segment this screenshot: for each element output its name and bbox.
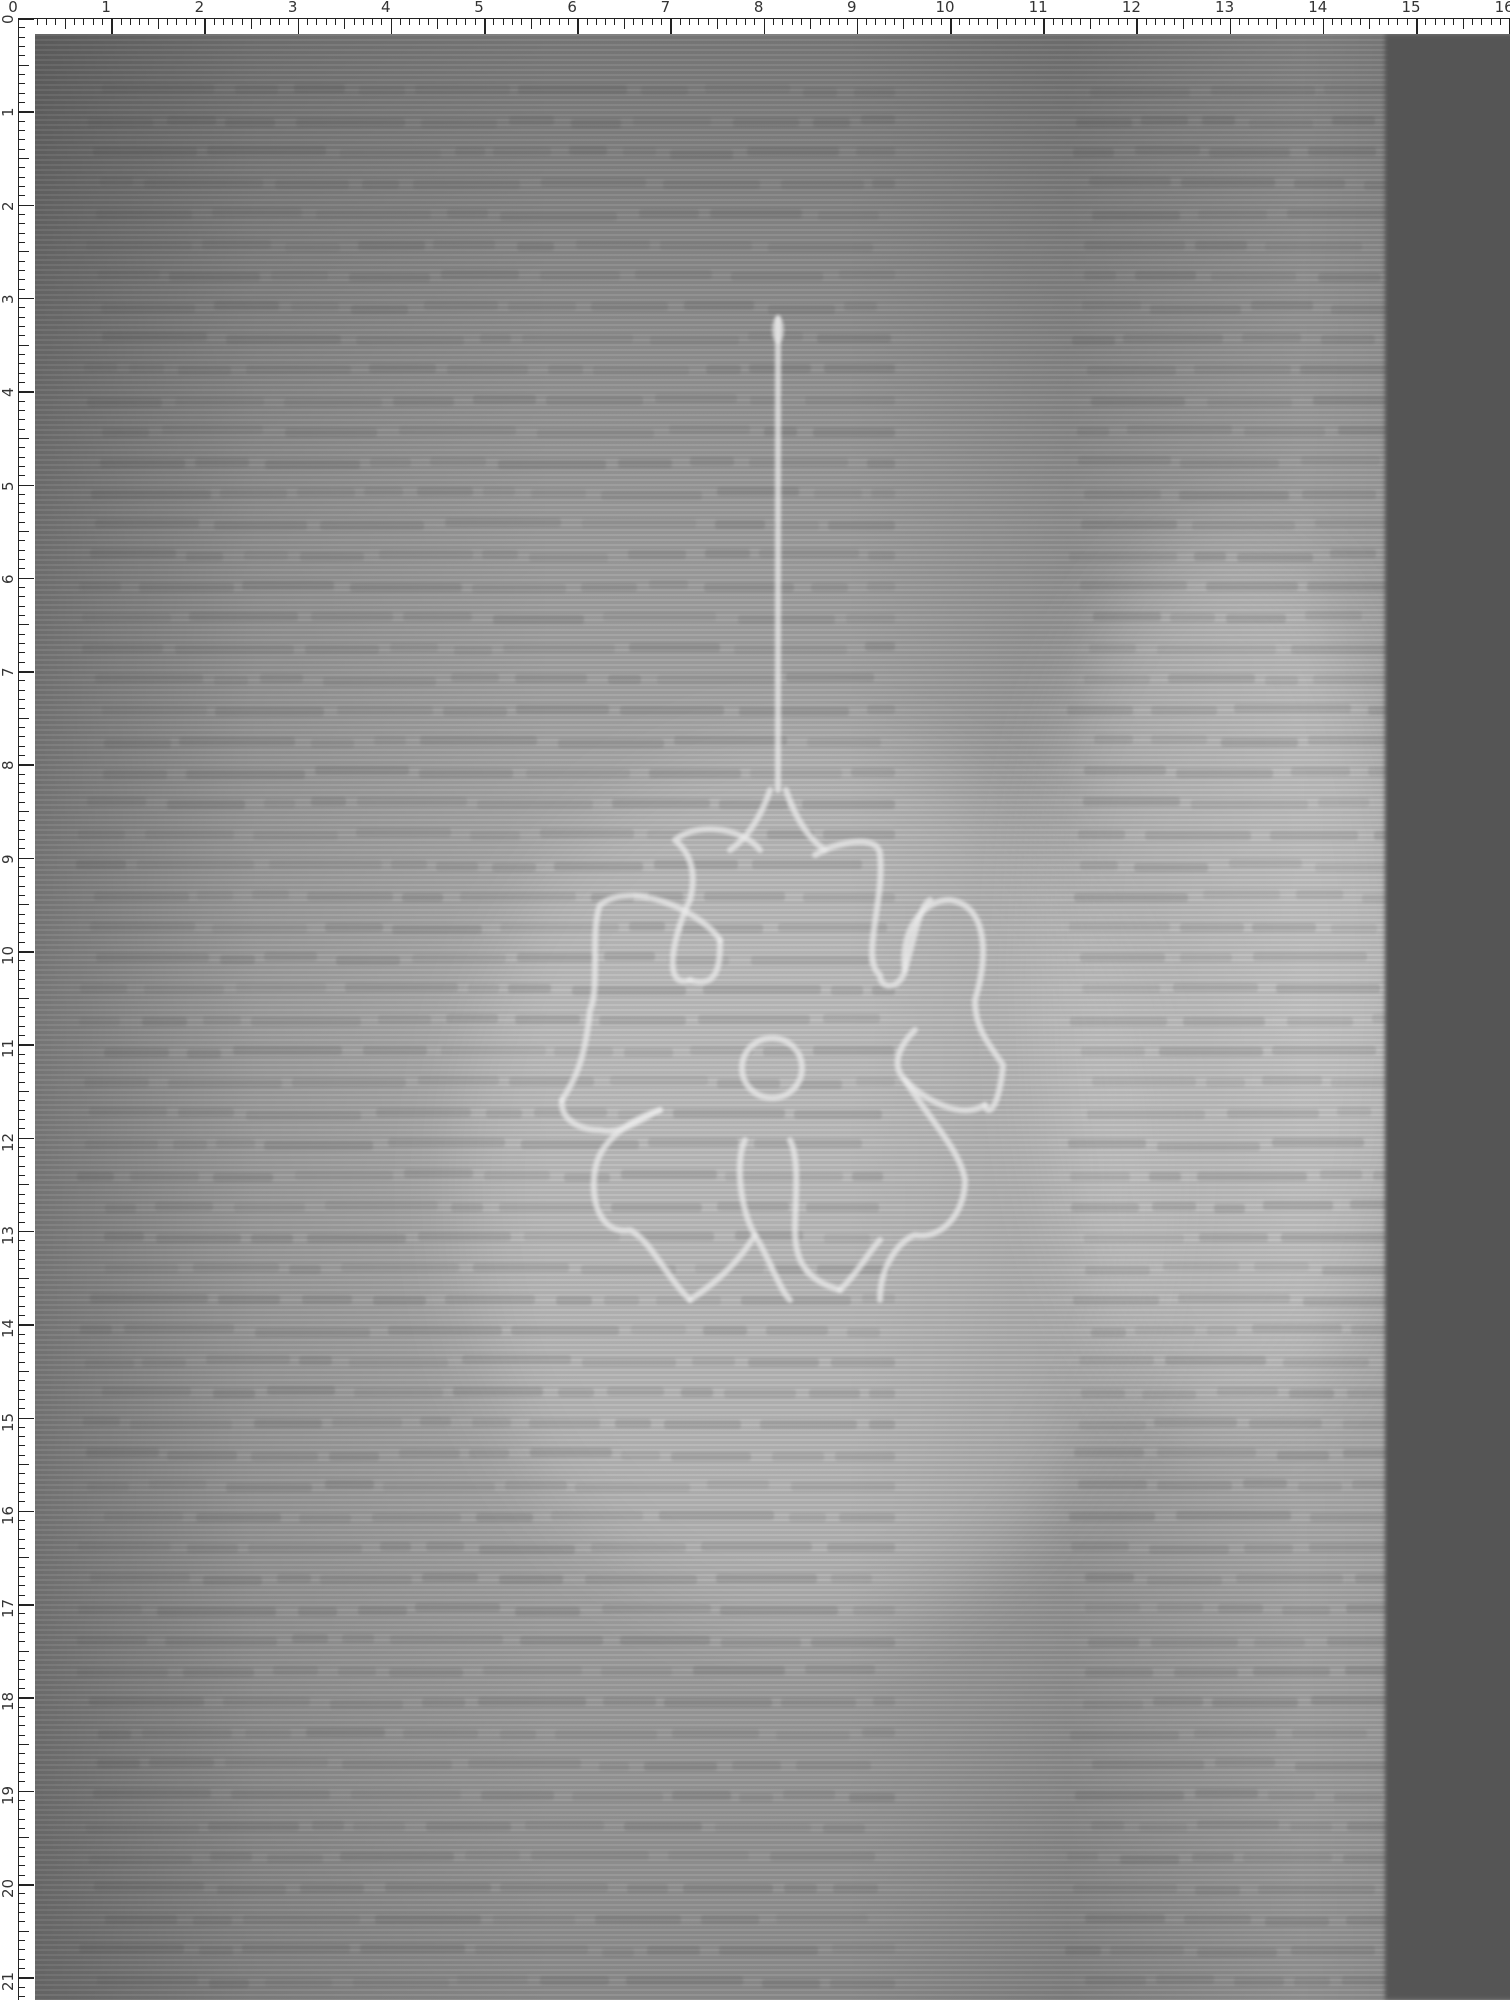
top-ruler-tick bbox=[298, 18, 300, 34]
left-ruler-tick bbox=[18, 233, 25, 234]
top-ruler-tick bbox=[1444, 18, 1445, 25]
top-ruler-tick bbox=[475, 18, 476, 25]
top-ruler-tick bbox=[335, 18, 336, 25]
left-ruler-label: 1 bbox=[1, 108, 16, 118]
left-ruler-tick bbox=[18, 1110, 25, 1111]
left-ruler-label: 11 bbox=[1, 1039, 16, 1058]
left-ruler-tick bbox=[18, 1959, 25, 1960]
left-ruler-tick bbox=[18, 373, 25, 374]
left-ruler-tick bbox=[18, 1072, 25, 1073]
left-ruler-tick bbox=[18, 1539, 25, 1540]
left-ruler-tick bbox=[18, 1968, 25, 1969]
left-ruler-tick bbox=[18, 494, 25, 495]
left-ruler-label: 7 bbox=[1, 668, 16, 678]
top-ruler-tick bbox=[587, 18, 588, 25]
top-ruler-tick bbox=[288, 18, 289, 25]
top-ruler-tick bbox=[1276, 18, 1277, 29]
left-ruler-tick bbox=[18, 1287, 25, 1288]
left-ruler-tick bbox=[18, 1492, 25, 1493]
left-ruler-tick bbox=[18, 1800, 25, 1801]
left-ruler-tick bbox=[18, 475, 25, 476]
page-edge-dark-strip bbox=[1385, 34, 1510, 2000]
top-ruler-tick bbox=[1164, 18, 1165, 25]
top-ruler-tick bbox=[978, 18, 979, 25]
left-ruler-tick bbox=[18, 74, 25, 75]
top-ruler-tick bbox=[1136, 18, 1138, 34]
top-ruler-tick bbox=[652, 18, 653, 25]
top-ruler-tick bbox=[801, 18, 802, 25]
left-ruler-label: 13 bbox=[1, 1226, 16, 1245]
left-ruler-tick bbox=[18, 1063, 25, 1064]
left-ruler-tick bbox=[18, 121, 25, 122]
top-ruler-tick bbox=[1071, 18, 1072, 25]
top-ruler-tick bbox=[1416, 18, 1418, 34]
top-ruler-tick bbox=[1220, 18, 1221, 25]
top-ruler-tick bbox=[186, 18, 187, 25]
left-ruler-tick bbox=[18, 895, 25, 896]
left-ruler-tick bbox=[18, 1660, 25, 1661]
left-ruler-tick bbox=[18, 876, 25, 877]
top-ruler-tick bbox=[1062, 18, 1063, 25]
top-ruler-tick bbox=[745, 18, 746, 25]
top-ruler-label: 16 bbox=[1495, 0, 1510, 15]
left-ruler-tick bbox=[18, 708, 25, 709]
left-ruler-tick bbox=[18, 1380, 25, 1381]
left-ruler-tick bbox=[18, 261, 25, 262]
left-ruler-tick bbox=[18, 1408, 25, 1409]
left-ruler-label: 16 bbox=[1, 1506, 16, 1525]
left-ruler-tick bbox=[18, 317, 25, 318]
top-ruler-tick bbox=[381, 18, 382, 25]
top-ruler-tick bbox=[148, 18, 149, 25]
left-ruler-tick bbox=[18, 774, 25, 775]
top-ruler-tick bbox=[251, 18, 252, 29]
left-ruler-tick bbox=[18, 1865, 25, 1866]
left-ruler-tick bbox=[18, 1819, 25, 1820]
top-ruler-tick bbox=[531, 18, 532, 29]
left-ruler-tick bbox=[18, 457, 25, 458]
left-ruler-tick bbox=[18, 1520, 25, 1521]
left-ruler-tick bbox=[18, 746, 25, 747]
top-ruler-tick bbox=[810, 18, 811, 29]
left-ruler-tick bbox=[18, 55, 25, 56]
left-ruler-tick bbox=[18, 1837, 29, 1838]
left-ruler-tick bbox=[18, 1763, 25, 1764]
top-ruler-label: 12 bbox=[1122, 0, 1141, 15]
left-ruler-tick bbox=[18, 512, 25, 513]
left-ruler-tick bbox=[18, 867, 25, 868]
left-ruler-tick bbox=[18, 485, 34, 487]
left-ruler-tick bbox=[18, 1632, 25, 1633]
left-ruler-tick bbox=[18, 904, 29, 905]
left-ruler-tick bbox=[18, 568, 25, 569]
top-ruler-tick bbox=[1388, 18, 1389, 25]
top-ruler-tick bbox=[1146, 18, 1147, 25]
top-ruler-tick bbox=[279, 18, 280, 25]
left-ruler-tick bbox=[18, 1390, 25, 1391]
left-ruler-tick bbox=[18, 764, 34, 766]
top-ruler-tick bbox=[875, 18, 876, 25]
left-ruler-tick bbox=[18, 1194, 25, 1195]
left-ruler-tick bbox=[18, 1119, 25, 1120]
top-ruler-label: 14 bbox=[1308, 0, 1327, 15]
left-ruler-tick bbox=[18, 307, 25, 308]
left-ruler-tick bbox=[18, 195, 25, 196]
top-ruler-tick bbox=[698, 18, 699, 25]
top-ruler-tick bbox=[354, 18, 355, 25]
top-ruler-tick bbox=[1155, 18, 1156, 25]
left-ruler-label: 19 bbox=[1, 1786, 16, 1805]
top-ruler-tick bbox=[1304, 18, 1305, 25]
top-ruler-tick bbox=[1425, 18, 1426, 25]
left-ruler-tick bbox=[18, 1250, 25, 1251]
left-ruler-tick bbox=[18, 634, 25, 635]
top-ruler-tick bbox=[1332, 18, 1333, 25]
top-ruler-label: 7 bbox=[661, 0, 671, 15]
left-ruler-tick bbox=[18, 988, 25, 989]
top-ruler-tick bbox=[111, 18, 113, 34]
left-ruler-tick bbox=[18, 1613, 25, 1614]
left-ruler-tick bbox=[18, 652, 25, 653]
top-ruler-tick bbox=[764, 18, 766, 34]
left-ruler-tick bbox=[18, 615, 25, 616]
top-ruler-tick bbox=[409, 18, 410, 25]
top-ruler-tick bbox=[419, 18, 420, 25]
left-ruler-tick bbox=[18, 606, 25, 607]
top-ruler-tick bbox=[577, 18, 579, 34]
left-ruler-tick bbox=[18, 587, 25, 588]
left-ruler-tick bbox=[18, 326, 25, 327]
top-ruler-tick bbox=[65, 18, 66, 29]
left-ruler-tick bbox=[18, 1847, 25, 1848]
top-ruler-tick bbox=[1183, 18, 1184, 29]
top-ruler-tick bbox=[1435, 18, 1436, 25]
top-ruler-tick bbox=[316, 18, 317, 25]
top-ruler-tick bbox=[437, 18, 438, 29]
left-ruler-tick bbox=[18, 690, 25, 691]
left-ruler-label: 0 bbox=[1, 14, 16, 24]
top-ruler-tick bbox=[903, 18, 904, 29]
top-ruler-tick bbox=[605, 18, 606, 25]
left-ruler-tick bbox=[18, 1464, 29, 1465]
left-ruler-tick bbox=[18, 1184, 29, 1185]
left-ruler-tick bbox=[18, 130, 25, 131]
left-ruler-tick bbox=[18, 1912, 25, 1913]
top-ruler-tick bbox=[270, 18, 271, 25]
top-ruler-label: 8 bbox=[754, 0, 764, 15]
left-ruler-tick bbox=[18, 102, 25, 103]
left-ruler-tick bbox=[18, 1054, 25, 1055]
left-ruler-label: 12 bbox=[1, 1133, 16, 1152]
left-ruler-tick bbox=[18, 205, 34, 207]
top-ruler-tick bbox=[1015, 18, 1016, 25]
top-ruler-tick bbox=[1267, 18, 1268, 25]
left-ruler-tick bbox=[18, 1231, 34, 1233]
top-ruler-tick bbox=[1453, 18, 1454, 25]
top-ruler-tick bbox=[717, 18, 718, 29]
left-ruler-tick bbox=[18, 1529, 25, 1530]
left-ruler-tick bbox=[18, 1725, 25, 1726]
top-ruler-tick bbox=[633, 18, 634, 25]
top-ruler-tick bbox=[83, 18, 84, 25]
top-ruler-tick bbox=[521, 18, 522, 25]
top-ruler-tick bbox=[1043, 18, 1045, 34]
top-ruler-tick bbox=[1118, 18, 1119, 25]
left-ruler-tick bbox=[18, 401, 25, 402]
left-ruler-tick bbox=[18, 1156, 25, 1157]
top-ruler-tick bbox=[987, 18, 988, 25]
top-ruler-tick bbox=[1211, 18, 1212, 25]
left-ruler-tick bbox=[18, 923, 25, 924]
left-ruler-tick bbox=[18, 354, 25, 355]
top-ruler-tick bbox=[326, 18, 327, 25]
left-ruler-tick bbox=[18, 643, 25, 644]
top-ruler-tick bbox=[1034, 18, 1035, 25]
top-ruler-tick bbox=[885, 18, 886, 25]
left-ruler-tick bbox=[18, 1893, 25, 1894]
left-ruler-tick bbox=[18, 1427, 25, 1428]
top-ruler-tick bbox=[493, 18, 494, 25]
left-ruler-tick bbox=[18, 559, 25, 560]
left-ruler-tick bbox=[18, 1557, 29, 1558]
top-ruler-tick bbox=[37, 18, 38, 25]
top-ruler-tick bbox=[167, 18, 168, 25]
top-ruler-label: 10 bbox=[935, 0, 954, 15]
top-ruler-tick bbox=[1323, 18, 1325, 34]
left-ruler-tick bbox=[18, 1296, 25, 1297]
left-ruler-label: 8 bbox=[1, 761, 16, 771]
left-ruler-tick bbox=[18, 1511, 34, 1513]
top-ruler-tick bbox=[624, 18, 625, 29]
top-ruler-tick bbox=[74, 18, 75, 25]
top-ruler-tick bbox=[1090, 18, 1091, 29]
left-ruler-tick bbox=[18, 242, 25, 243]
left-ruler-tick bbox=[18, 1931, 29, 1932]
left-ruler-tick bbox=[18, 1035, 25, 1036]
top-ruler-tick bbox=[139, 18, 140, 25]
top-ruler-tick bbox=[726, 18, 727, 25]
top-ruler-label: 3 bbox=[288, 0, 298, 15]
top-ruler-tick bbox=[176, 18, 177, 25]
left-ruler-tick bbox=[18, 223, 25, 224]
left-ruler-tick bbox=[18, 1343, 25, 1344]
left-ruler-tick bbox=[18, 1903, 25, 1904]
left-ruler-tick bbox=[18, 1987, 25, 1988]
top-ruler-label: 9 bbox=[847, 0, 857, 15]
left-ruler-label: 15 bbox=[1, 1412, 16, 1431]
left-ruler-tick bbox=[18, 1315, 25, 1316]
top-ruler: 012345678910111213141516 bbox=[18, 0, 1510, 34]
left-ruler-tick bbox=[18, 1856, 25, 1857]
left-ruler-tick bbox=[18, 111, 34, 113]
top-ruler-tick bbox=[1463, 18, 1464, 29]
left-ruler-label: 4 bbox=[1, 388, 16, 398]
top-ruler-tick bbox=[661, 18, 662, 25]
scanned-page bbox=[35, 34, 1510, 2000]
top-ruler-tick bbox=[568, 18, 569, 25]
left-ruler-tick bbox=[18, 345, 29, 346]
top-ruler-tick bbox=[372, 18, 373, 25]
top-ruler-tick bbox=[1202, 18, 1203, 25]
left-ruler-tick bbox=[18, 1278, 29, 1279]
top-ruler-tick bbox=[708, 18, 709, 25]
top-ruler-tick bbox=[512, 18, 513, 25]
left-ruler-tick bbox=[18, 1445, 25, 1446]
left-ruler-tick bbox=[18, 410, 25, 411]
left-ruler-tick bbox=[18, 1548, 25, 1549]
top-ruler-tick bbox=[922, 18, 923, 25]
left-ruler-tick bbox=[18, 1651, 29, 1652]
left-ruler-tick bbox=[18, 830, 25, 831]
left-ruler-tick bbox=[18, 1735, 25, 1736]
left-ruler-label: 14 bbox=[1, 1319, 16, 1338]
left-ruler-tick bbox=[18, 1669, 25, 1670]
top-ruler-tick bbox=[1053, 18, 1054, 25]
left-ruler-tick bbox=[18, 419, 25, 420]
left-ruler-tick bbox=[18, 802, 25, 803]
left-ruler-label: 20 bbox=[1, 1879, 16, 1898]
left-ruler-tick bbox=[18, 1884, 34, 1886]
left-ruler-tick bbox=[18, 960, 25, 961]
left-ruler-tick bbox=[18, 783, 25, 784]
left-ruler-tick bbox=[18, 1016, 25, 1017]
left-ruler-tick bbox=[18, 578, 34, 580]
top-ruler-tick bbox=[1239, 18, 1240, 25]
top-ruler-tick bbox=[1286, 18, 1287, 25]
left-ruler-tick bbox=[18, 279, 25, 280]
left-ruler-tick bbox=[18, 671, 34, 673]
left-ruler-tick bbox=[18, 718, 29, 719]
left-ruler-tick bbox=[18, 1501, 25, 1502]
top-ruler-label: 1 bbox=[101, 0, 111, 15]
left-ruler-tick bbox=[18, 1212, 25, 1213]
left-ruler-tick bbox=[18, 680, 25, 681]
left-ruler-tick bbox=[18, 1809, 25, 1810]
left-ruler-tick bbox=[18, 1166, 25, 1167]
top-ruler-tick bbox=[456, 18, 457, 25]
left-ruler-tick bbox=[18, 438, 29, 439]
left-ruler-tick bbox=[18, 1996, 25, 1997]
left-ruler-tick bbox=[18, 1324, 34, 1326]
left-ruler-tick bbox=[18, 1688, 25, 1689]
top-ruler-label: 4 bbox=[381, 0, 391, 15]
top-ruler-tick bbox=[204, 18, 206, 34]
left-ruler-tick bbox=[18, 736, 25, 737]
left-ruler-tick bbox=[18, 1203, 25, 1204]
left-ruler-tick bbox=[18, 1399, 25, 1400]
top-ruler-tick bbox=[596, 18, 597, 25]
left-ruler-label: 17 bbox=[1, 1599, 16, 1618]
top-ruler-tick bbox=[559, 18, 560, 25]
top-ruler-tick bbox=[941, 18, 942, 25]
left-ruler-tick bbox=[18, 624, 29, 625]
top-ruler-tick bbox=[969, 18, 970, 25]
left-ruler-tick bbox=[18, 792, 25, 793]
left-ruler-tick bbox=[18, 139, 25, 140]
top-ruler-tick bbox=[1379, 18, 1380, 25]
top-ruler-tick bbox=[1360, 18, 1361, 25]
left-ruler-tick bbox=[18, 466, 25, 467]
top-ruler-tick bbox=[680, 18, 681, 25]
top-ruler-tick bbox=[829, 18, 830, 25]
top-ruler-tick bbox=[857, 18, 859, 34]
left-ruler-tick bbox=[18, 1604, 34, 1606]
left-ruler: 0123456789101112131415161718192021 bbox=[0, 18, 34, 2000]
left-ruler-tick bbox=[18, 1007, 25, 1008]
left-ruler-tick bbox=[18, 522, 25, 523]
top-ruler-tick bbox=[792, 18, 793, 25]
left-ruler-tick bbox=[18, 1268, 25, 1269]
left-ruler-tick bbox=[18, 382, 25, 383]
left-ruler-tick bbox=[18, 177, 25, 178]
left-ruler-tick bbox=[18, 755, 25, 756]
left-ruler-tick bbox=[18, 1091, 29, 1092]
left-ruler-tick bbox=[18, 18, 34, 20]
top-ruler-tick bbox=[614, 18, 615, 25]
top-ruler-tick bbox=[1080, 18, 1081, 25]
top-ruler-tick bbox=[913, 18, 914, 25]
top-ruler-tick bbox=[344, 18, 345, 29]
left-ruler-tick bbox=[18, 1772, 25, 1773]
top-ruler-tick bbox=[1108, 18, 1109, 25]
top-ruler-tick bbox=[1500, 18, 1501, 25]
top-ruler-tick bbox=[195, 18, 196, 25]
top-ruler-tick bbox=[1025, 18, 1026, 25]
top-ruler-tick bbox=[838, 18, 839, 25]
top-ruler-tick bbox=[1481, 18, 1482, 25]
top-ruler-tick bbox=[670, 18, 672, 34]
top-ruler-tick bbox=[1258, 18, 1259, 25]
left-ruler-tick bbox=[18, 37, 25, 38]
top-ruler-tick bbox=[242, 18, 243, 25]
top-ruler-tick bbox=[820, 18, 821, 25]
left-ruler-tick bbox=[18, 1418, 34, 1420]
left-ruler-tick bbox=[18, 1362, 25, 1363]
left-ruler-tick bbox=[18, 289, 25, 290]
left-ruler-tick bbox=[18, 1100, 25, 1101]
top-ruler-tick bbox=[782, 18, 783, 25]
left-ruler-tick bbox=[18, 447, 25, 448]
top-ruler-tick bbox=[950, 18, 952, 34]
left-ruler-label: 2 bbox=[1, 201, 16, 211]
left-ruler-tick bbox=[18, 1026, 25, 1027]
top-ruler-tick bbox=[363, 18, 364, 25]
top-ruler-tick bbox=[55, 18, 56, 25]
left-ruler-tick bbox=[18, 167, 25, 168]
top-ruler-label: 0 bbox=[8, 0, 18, 15]
left-ruler-label: 3 bbox=[1, 294, 16, 304]
left-ruler-tick bbox=[18, 970, 25, 971]
left-ruler-tick bbox=[18, 1567, 25, 1568]
top-ruler-tick bbox=[549, 18, 550, 25]
left-ruler-tick bbox=[18, 727, 25, 728]
top-ruler-tick bbox=[214, 18, 215, 25]
left-ruler-tick bbox=[18, 932, 25, 933]
left-ruler-tick bbox=[18, 1781, 25, 1782]
left-ruler-tick bbox=[18, 1128, 25, 1129]
top-ruler-tick bbox=[1192, 18, 1193, 25]
left-ruler-tick bbox=[18, 848, 25, 849]
top-ruler-tick bbox=[1407, 18, 1408, 25]
top-ruler-tick bbox=[894, 18, 895, 25]
left-ruler-tick bbox=[18, 27, 25, 28]
top-ruler-label: 5 bbox=[474, 0, 484, 15]
top-ruler-tick bbox=[1127, 18, 1128, 25]
top-ruler-tick bbox=[773, 18, 774, 25]
left-ruler-tick bbox=[18, 1352, 25, 1353]
top-ruler-tick bbox=[503, 18, 504, 25]
flower-watermark-icon bbox=[35, 34, 1510, 2000]
